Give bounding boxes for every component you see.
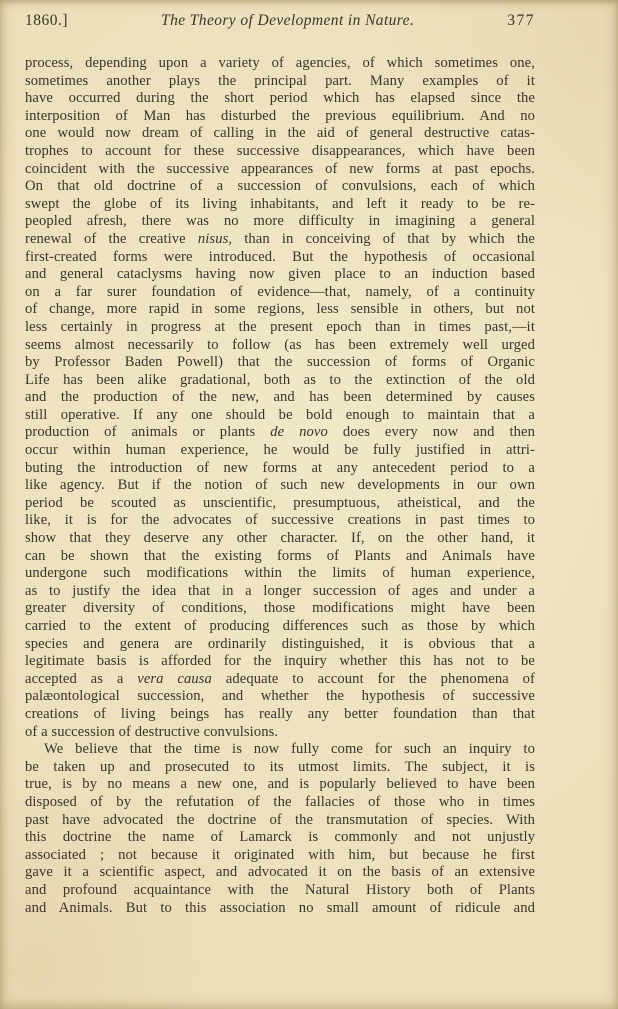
text-line: and Animals. But to this association no … (25, 900, 535, 918)
text-line: undergone such modifications within the … (25, 565, 535, 583)
text-line: and general cataclysms having now given … (25, 266, 535, 284)
text-line: seems almost necessarily to follow (as h… (25, 337, 535, 355)
text-line: this doctrine the name of Lamarck is com… (25, 829, 535, 847)
scanned-book-page: 1860.] The Theory of Development in Natu… (0, 0, 618, 1009)
text-line: On that old doctrine of a succession of … (25, 178, 535, 196)
header-page-number: 377 (507, 11, 535, 31)
header-year: 1860.] (25, 11, 68, 31)
text-line: and the production of the new, and has b… (25, 389, 535, 407)
text-line: trophes to account for these successive … (25, 143, 535, 161)
text-line: have occurred during the short period wh… (25, 90, 535, 108)
text-line: renewal of the creative nisus, than in c… (25, 231, 535, 249)
header-title: The Theory of Development in Nature. (161, 11, 414, 31)
text-line: occur within human experience, he would … (25, 442, 535, 460)
running-head: 1860.] The Theory of Development in Natu… (25, 11, 535, 33)
text-line: can be shown that the existing forms of … (25, 548, 535, 566)
text-line: on a far surer foundation of evidence—th… (25, 284, 535, 302)
text-line: process, depending upon a variety of age… (25, 55, 535, 73)
text-line: accepted as a vera causa adequate to acc… (25, 671, 535, 689)
text-line: by Professor Baden Powell) that the succ… (25, 354, 535, 372)
text-line: legitimate basis is afforded for the inq… (25, 653, 535, 671)
text-line: of a succession of destructive convulsio… (25, 724, 535, 742)
text-line: sometimes another plays the principal pa… (25, 73, 535, 91)
text-line: like, it is for the advocates of success… (25, 512, 535, 530)
text-line: as to justify the idea that in a longer … (25, 583, 535, 601)
text-line: gave it a scientific aspect, and advocat… (25, 864, 535, 882)
text-line: buting the introduction of new forms at … (25, 460, 535, 478)
text-line: still operative. If any one should be bo… (25, 407, 535, 425)
text-line: show that they deserve any other charact… (25, 530, 535, 548)
text-line: true, is by no means a new one, and is p… (25, 776, 535, 794)
text-line: swept the globe of its living inhabitant… (25, 196, 535, 214)
text-line: and profound acquaintance with the Natur… (25, 882, 535, 900)
text-line: period be scouted as unscientific, presu… (25, 495, 535, 513)
body-text: process, depending upon a variety of age… (25, 55, 535, 917)
text-line: associated ; not because it originated w… (25, 847, 535, 865)
text-line: past have advocated the doctrine of the … (25, 812, 535, 830)
text-line: disposed of by the refutation of the fal… (25, 794, 535, 812)
paragraph: process, depending upon a variety of age… (25, 55, 535, 741)
text-line: greater diversity of conditions, those m… (25, 600, 535, 618)
text-line: Life has been alike gradational, both as… (25, 372, 535, 390)
text-line: one would now dream of calling in the ai… (25, 125, 535, 143)
text-line: carried to the extent of producing diffe… (25, 618, 535, 636)
text-line: less certainly in progress at the presen… (25, 319, 535, 337)
text-line: production of animals or plants de novo … (25, 424, 535, 442)
text-line: peopled afresh, there was no more diffic… (25, 213, 535, 231)
text-line: We believe that the time is now fully co… (25, 741, 535, 759)
text-line: coincident with the successive appearanc… (25, 161, 535, 179)
text-line: palæontological succession, and whether … (25, 688, 535, 706)
text-line: species and genera are ordinarily distin… (25, 636, 535, 654)
text-line: be taken up and prosecuted to its utmost… (25, 759, 535, 777)
text-line: creations of living beings has really an… (25, 706, 535, 724)
text-line: interposition of Man has disturbed the p… (25, 108, 535, 126)
text-line: like agency. But if the notion of such n… (25, 477, 535, 495)
text-line: first-created forms were introduced. But… (25, 249, 535, 267)
text-line: of change, more rapid in some regions, l… (25, 301, 535, 319)
paragraph: We believe that the time is now fully co… (25, 741, 535, 917)
